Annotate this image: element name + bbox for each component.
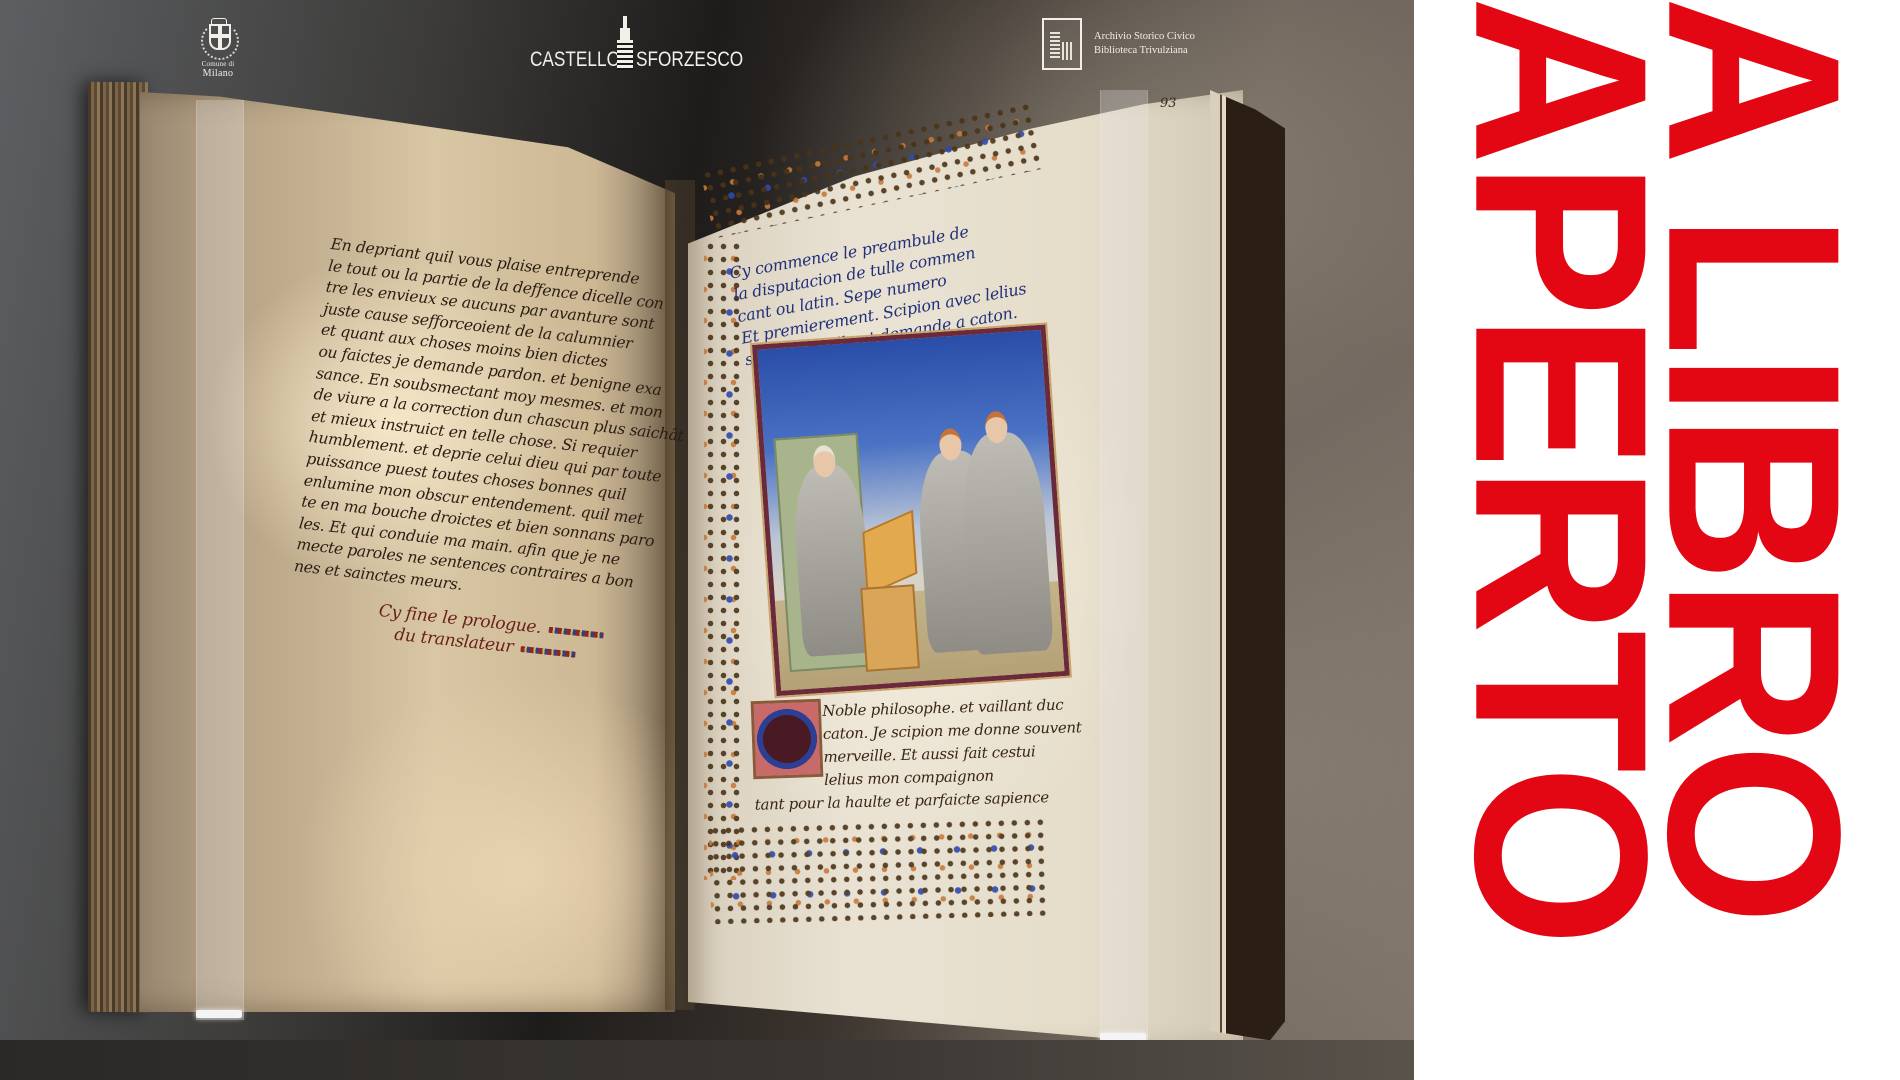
logo-text-sforzesco: SFORZESCO [636,49,743,70]
castle-tower-icon [616,16,634,70]
logo-text-line2: Biblioteca Trivulziana [1094,44,1195,58]
logo-text-line1: Archivio Storico Civico [1094,30,1195,44]
display-strap-left [196,100,244,1020]
archivio-trivulziana-logo: Archivio Storico Civico Biblioteca Trivu… [1042,18,1195,70]
logo-text-castello: CASTELLO [530,49,620,70]
strap-clip-right [1100,1033,1146,1041]
folio-number: 93 [1160,96,1177,111]
illuminated-miniature [752,324,1070,696]
manuscript-photo: 93 En depriant quil vous plaise entrepre… [0,0,1414,1080]
display-strap-right [1100,90,1148,1040]
line-filler-ornament [521,646,576,658]
strap-clip-left [196,1010,242,1018]
decorated-initial [751,699,824,779]
line-filler-ornament [549,626,604,638]
miniature-figure-listener [959,430,1054,655]
miniature-desk [860,584,920,672]
right-page-text: Noble philosophe. et vaillant duc caton.… [822,693,1084,815]
archive-building-icon [1042,18,1082,70]
city-crest-icon [201,18,235,56]
floral-border-bottom [709,816,1052,925]
floral-border-left [704,240,740,880]
logo-text-large: Milano [190,68,246,79]
title-panel: A LIBRO APERTO [1414,0,1900,1080]
left-page-text: En depriant quil vous plaise entreprende… [293,234,702,619]
book-page-edges-left [88,82,148,1013]
comune-di-milano-logo: Comune di Milano [190,18,246,79]
archivio-text: Archivio Storico Civico Biblioteca Trivu… [1094,30,1195,58]
title-line-aperto: APERTO [1464,0,1659,943]
castello-sforzesco-logo: CASTELLO SFORZESCO [530,14,766,70]
book-page-edges-right [1210,90,1285,1050]
logo-text-small: Comune di [190,60,246,68]
miniature-lectern-book [862,510,917,596]
